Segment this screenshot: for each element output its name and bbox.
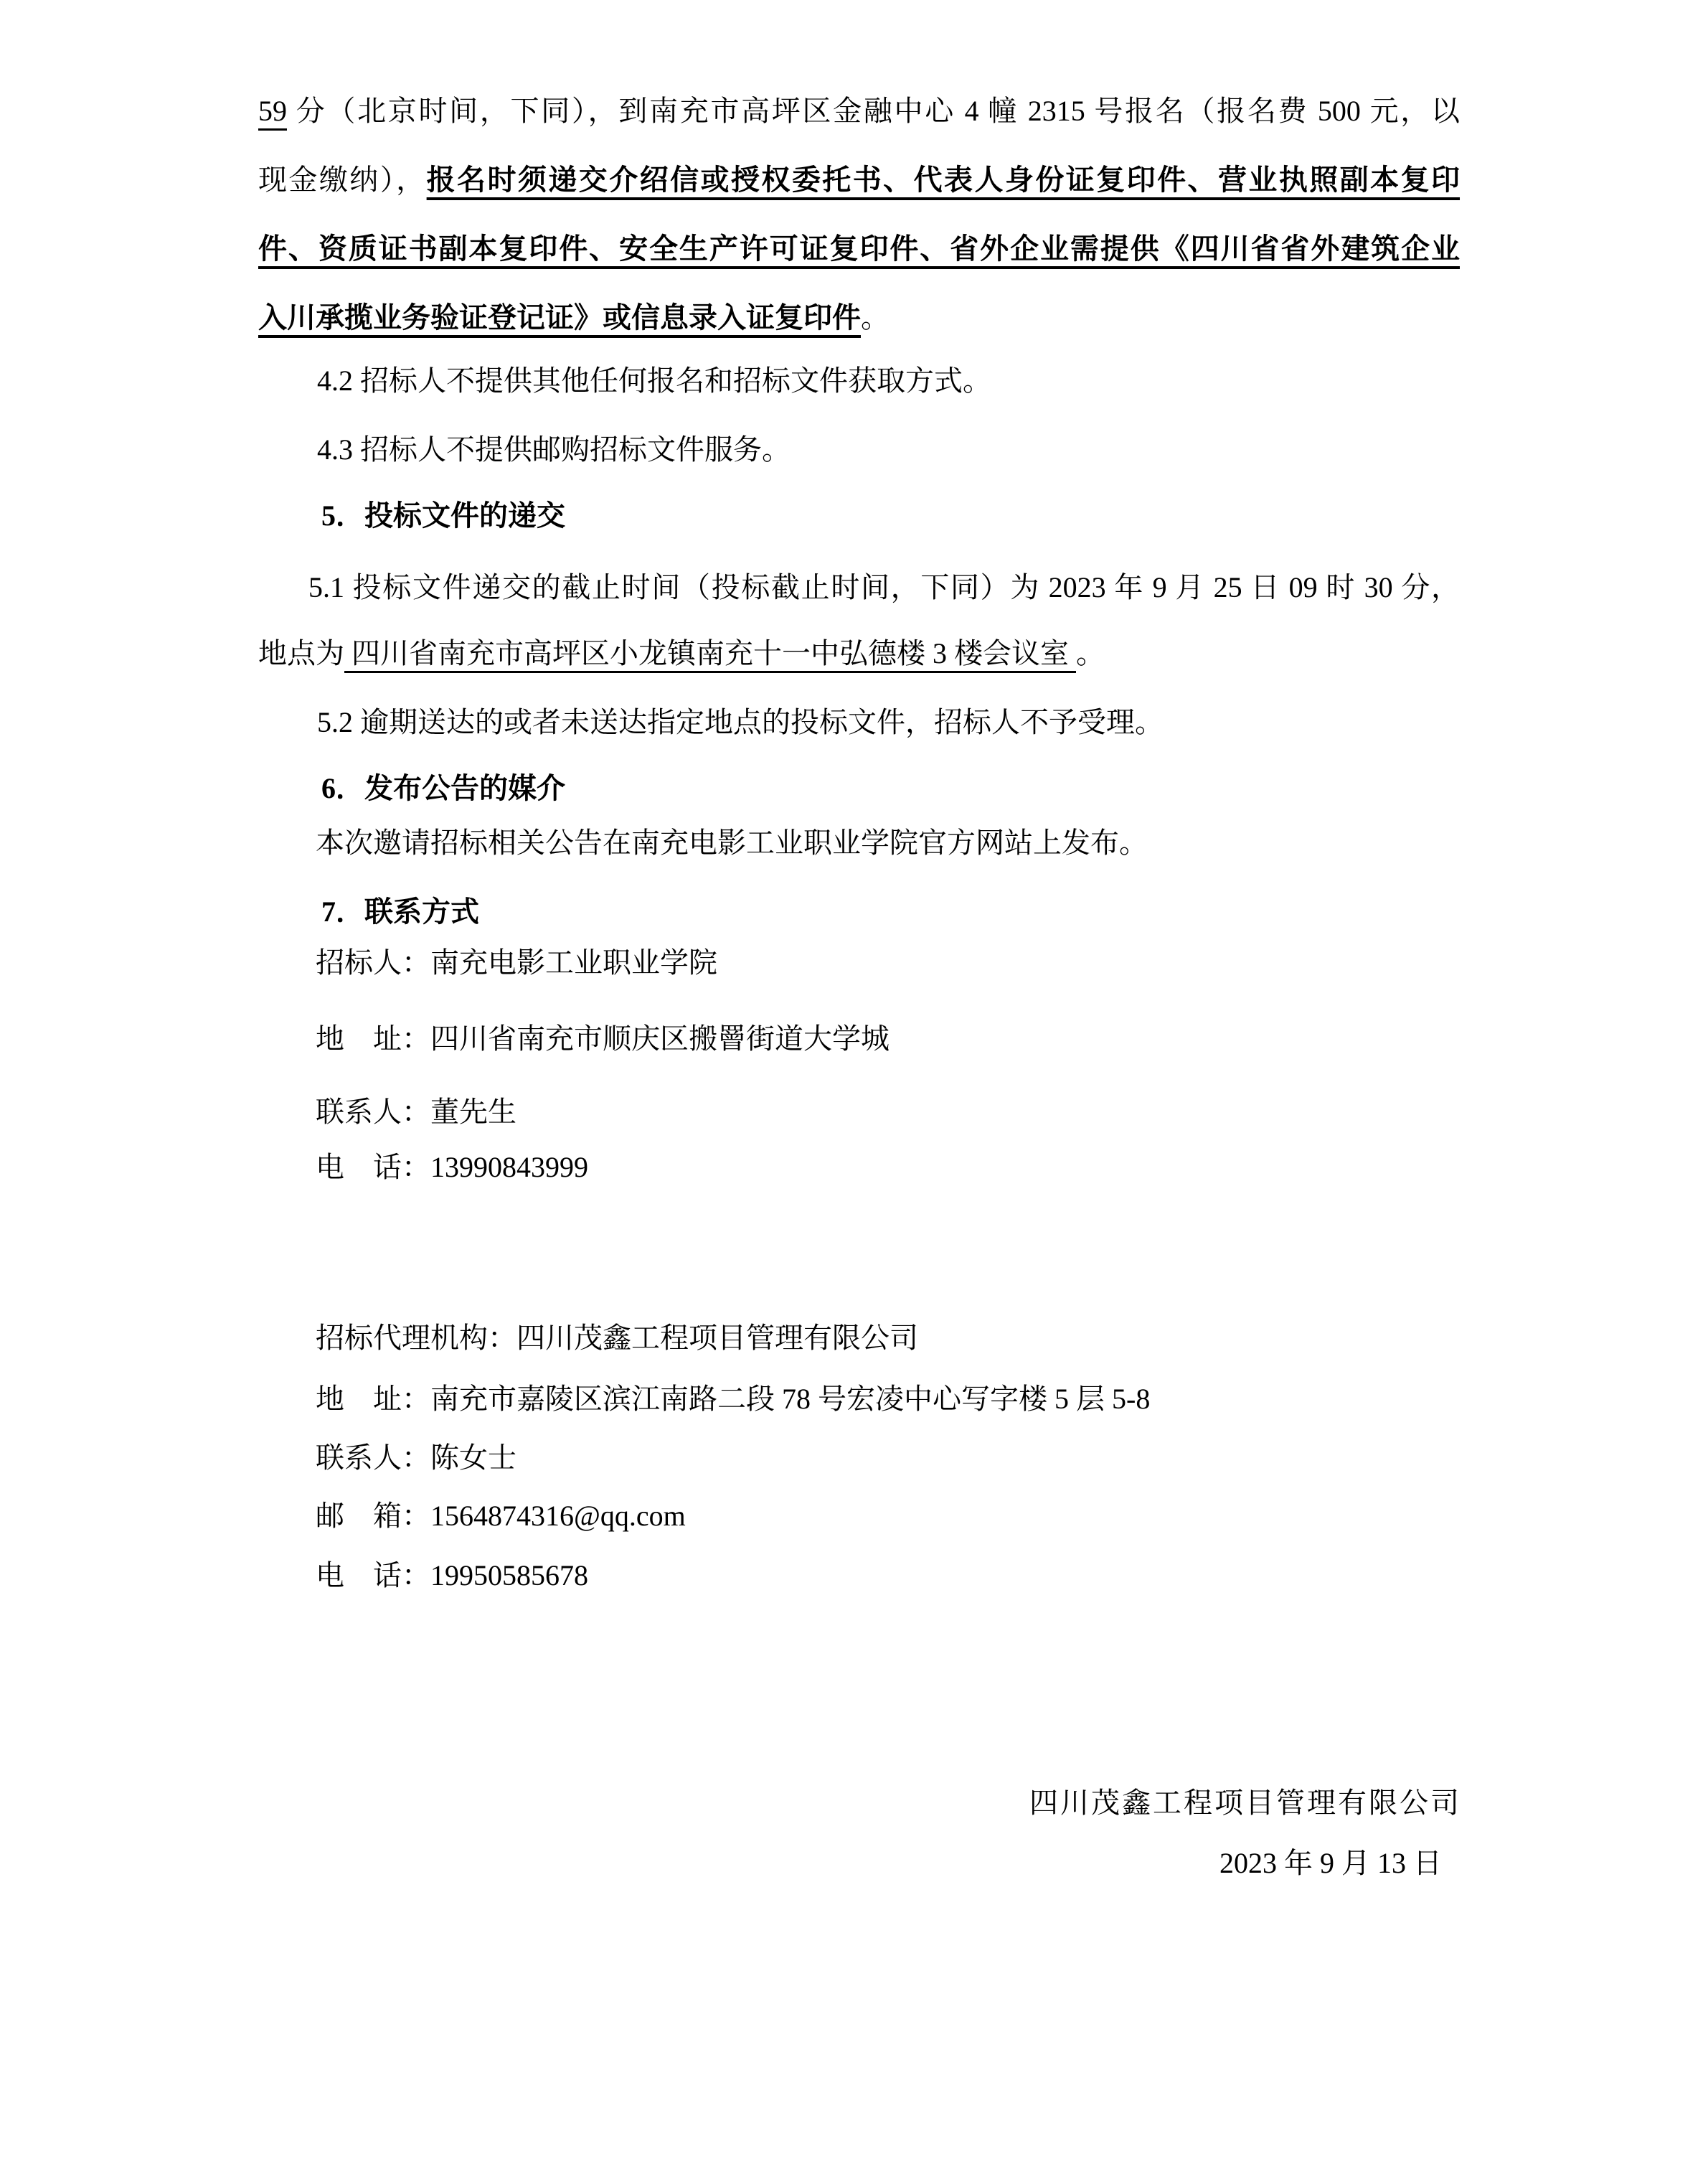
section-6-heading-text: 6．发布公告的媒介	[321, 772, 565, 804]
announcement-media-text: 本次邀请招标相关公告在南充电影工业职业学院官方网站上发布。	[316, 827, 1148, 859]
required-documents-bold-underline: 报名时须递交介绍信或授权委托书、代表人身份证复印件、营业执照副本复印	[427, 164, 1460, 196]
agency-name-text: 招标代理机构：四川茂鑫工程项目管理有限公司	[316, 1322, 918, 1354]
section-6-heading: 6．发布公告的媒介	[321, 771, 565, 806]
agency-email-line: 邮 箱：1564874316@qq.com	[316, 1498, 686, 1534]
deadline-minute-underlined: 59	[258, 95, 287, 127]
document-content: 59 分（北京时间，下同），到南充市高坪区金融中心 4 幢 2315 号报名（报…	[258, 0, 1460, 2159]
agency-phone-line: 电 话：19950585678	[316, 1558, 588, 1594]
signature-company-line: 四川茂鑫工程项目管理有限公司	[1029, 1785, 1461, 1821]
tenderer-contact-text: 联系人：董先生	[316, 1096, 516, 1128]
required-documents-bold-underline: 件、资质证书副本复印件、安全生产许可证复印件、省外企业需提供《四川省省外建筑企业	[258, 232, 1460, 265]
tenderer-name-text: 招标人：南充电影工业职业学院	[316, 946, 717, 979]
agency-contact-text: 联系人：陈女士	[316, 1441, 516, 1474]
signature-company-text: 四川茂鑫工程项目管理有限公司	[1029, 1787, 1461, 1819]
required-documents-bold-underline: 入川承揽业务验证登记证》或信息录入证复印件	[258, 301, 861, 334]
tenderer-contact-line: 联系人：董先生	[316, 1094, 516, 1130]
registration-paragraph-line-3: 件、资质证书副本复印件、安全生产许可证复印件、省外企业需提供《四川省省外建筑企业	[258, 231, 1460, 267]
sentence-period: 。	[1076, 637, 1105, 669]
tenderer-name-line: 招标人：南充电影工业职业学院	[316, 945, 717, 981]
item-4-2-text: 4.2 招标人不提供其他任何报名和招标文件获取方式。	[317, 364, 991, 397]
registration-paragraph-line-1: 59 分（北京时间，下同），到南充市高坪区金融中心 4 幢 2315 号报名（报…	[258, 93, 1460, 129]
tenderer-address-text: 地 址：四川省南充市顺庆区搬罾街道大学城	[316, 1022, 890, 1055]
signature-date-text: 2023 年 9 月 13 日	[1219, 1847, 1442, 1879]
tenderer-phone-text: 电 话：13990843999	[316, 1151, 588, 1183]
section-7-heading-text: 7．联系方式	[321, 895, 479, 928]
tenderer-address-line: 地 址：四川省南充市顺庆区搬罾街道大学城	[316, 1021, 890, 1057]
agency-phone-text: 电 话：19950585678	[316, 1559, 588, 1591]
agency-email-text: 邮 箱：1564874316@qq.com	[316, 1500, 686, 1532]
item-4-3-text: 4.3 招标人不提供邮购招标文件服务。	[317, 433, 791, 466]
announcement-media-line: 本次邀请招标相关公告在南充电影工业职业学院官方网站上发布。	[316, 825, 1148, 861]
agency-address-line: 地 址：南充市嘉陵区滨江南路二段 78 号宏凌中心写字楼 5 层 5-8	[316, 1381, 1150, 1417]
item-5-1: 5.1 投标文件递交的截止时间（投标截止时间，下同）为 2023 年 9 月 2…	[308, 570, 1460, 606]
section-7-heading: 7．联系方式	[321, 894, 479, 930]
sentence-period: 。	[861, 301, 890, 334]
agency-contact-line: 联系人：陈女士	[316, 1440, 516, 1476]
document-page: 59 分（北京时间，下同），到南充市高坪区金融中心 4 幢 2315 号报名（报…	[0, 0, 1708, 2159]
submission-place-line: 地点为 四川省南充市高坪区小龙镇南充十一中弘德楼 3 楼会议室 。	[258, 636, 1105, 672]
item-4-2: 4.2 招标人不提供其他任何报名和招标文件获取方式。	[317, 363, 991, 399]
cash-payment-text: 现金缴纳），	[258, 164, 427, 196]
item-4-3: 4.3 招标人不提供邮购招标文件服务。	[317, 432, 791, 468]
place-underlined: 四川省南充市高坪区小龙镇南充十一中弘德楼 3 楼会议室	[344, 637, 1076, 669]
signature-date-line: 2023 年 9 月 13 日	[1219, 1845, 1442, 1881]
item-5-2-text: 5.2 逾期送达的或者未送达指定地点的投标文件，招标人不予受理。	[317, 706, 1164, 738]
registration-paragraph-line-2: 现金缴纳），报名时须递交介绍信或授权委托书、代表人身份证复印件、营业执照副本复印	[258, 162, 1460, 198]
registration-paragraph-line-4: 入川承揽业务验证登记证》或信息录入证复印件。	[258, 300, 890, 336]
agency-address-text: 地 址：南充市嘉陵区滨江南路二段 78 号宏凌中心写字楼 5 层 5-8	[316, 1383, 1150, 1415]
tenderer-phone-line: 电 话：13990843999	[316, 1149, 588, 1185]
item-5-1-text: 5.1 投标文件递交的截止时间（投标截止时间，下同）为 2023 年 9 月 2…	[308, 571, 1460, 603]
place-prefix: 地点为	[258, 637, 344, 669]
registration-text-run: 分（北京时间，下同），到南充市高坪区金融中心 4 幢 2315 号报名（报名费 …	[287, 95, 1460, 127]
agency-name-line: 招标代理机构：四川茂鑫工程项目管理有限公司	[316, 1320, 918, 1356]
item-5-2: 5.2 逾期送达的或者未送达指定地点的投标文件，招标人不予受理。	[317, 705, 1164, 740]
section-5-heading: 5．投标文件的递交	[321, 498, 565, 534]
section-5-heading-text: 5．投标文件的递交	[321, 499, 565, 532]
